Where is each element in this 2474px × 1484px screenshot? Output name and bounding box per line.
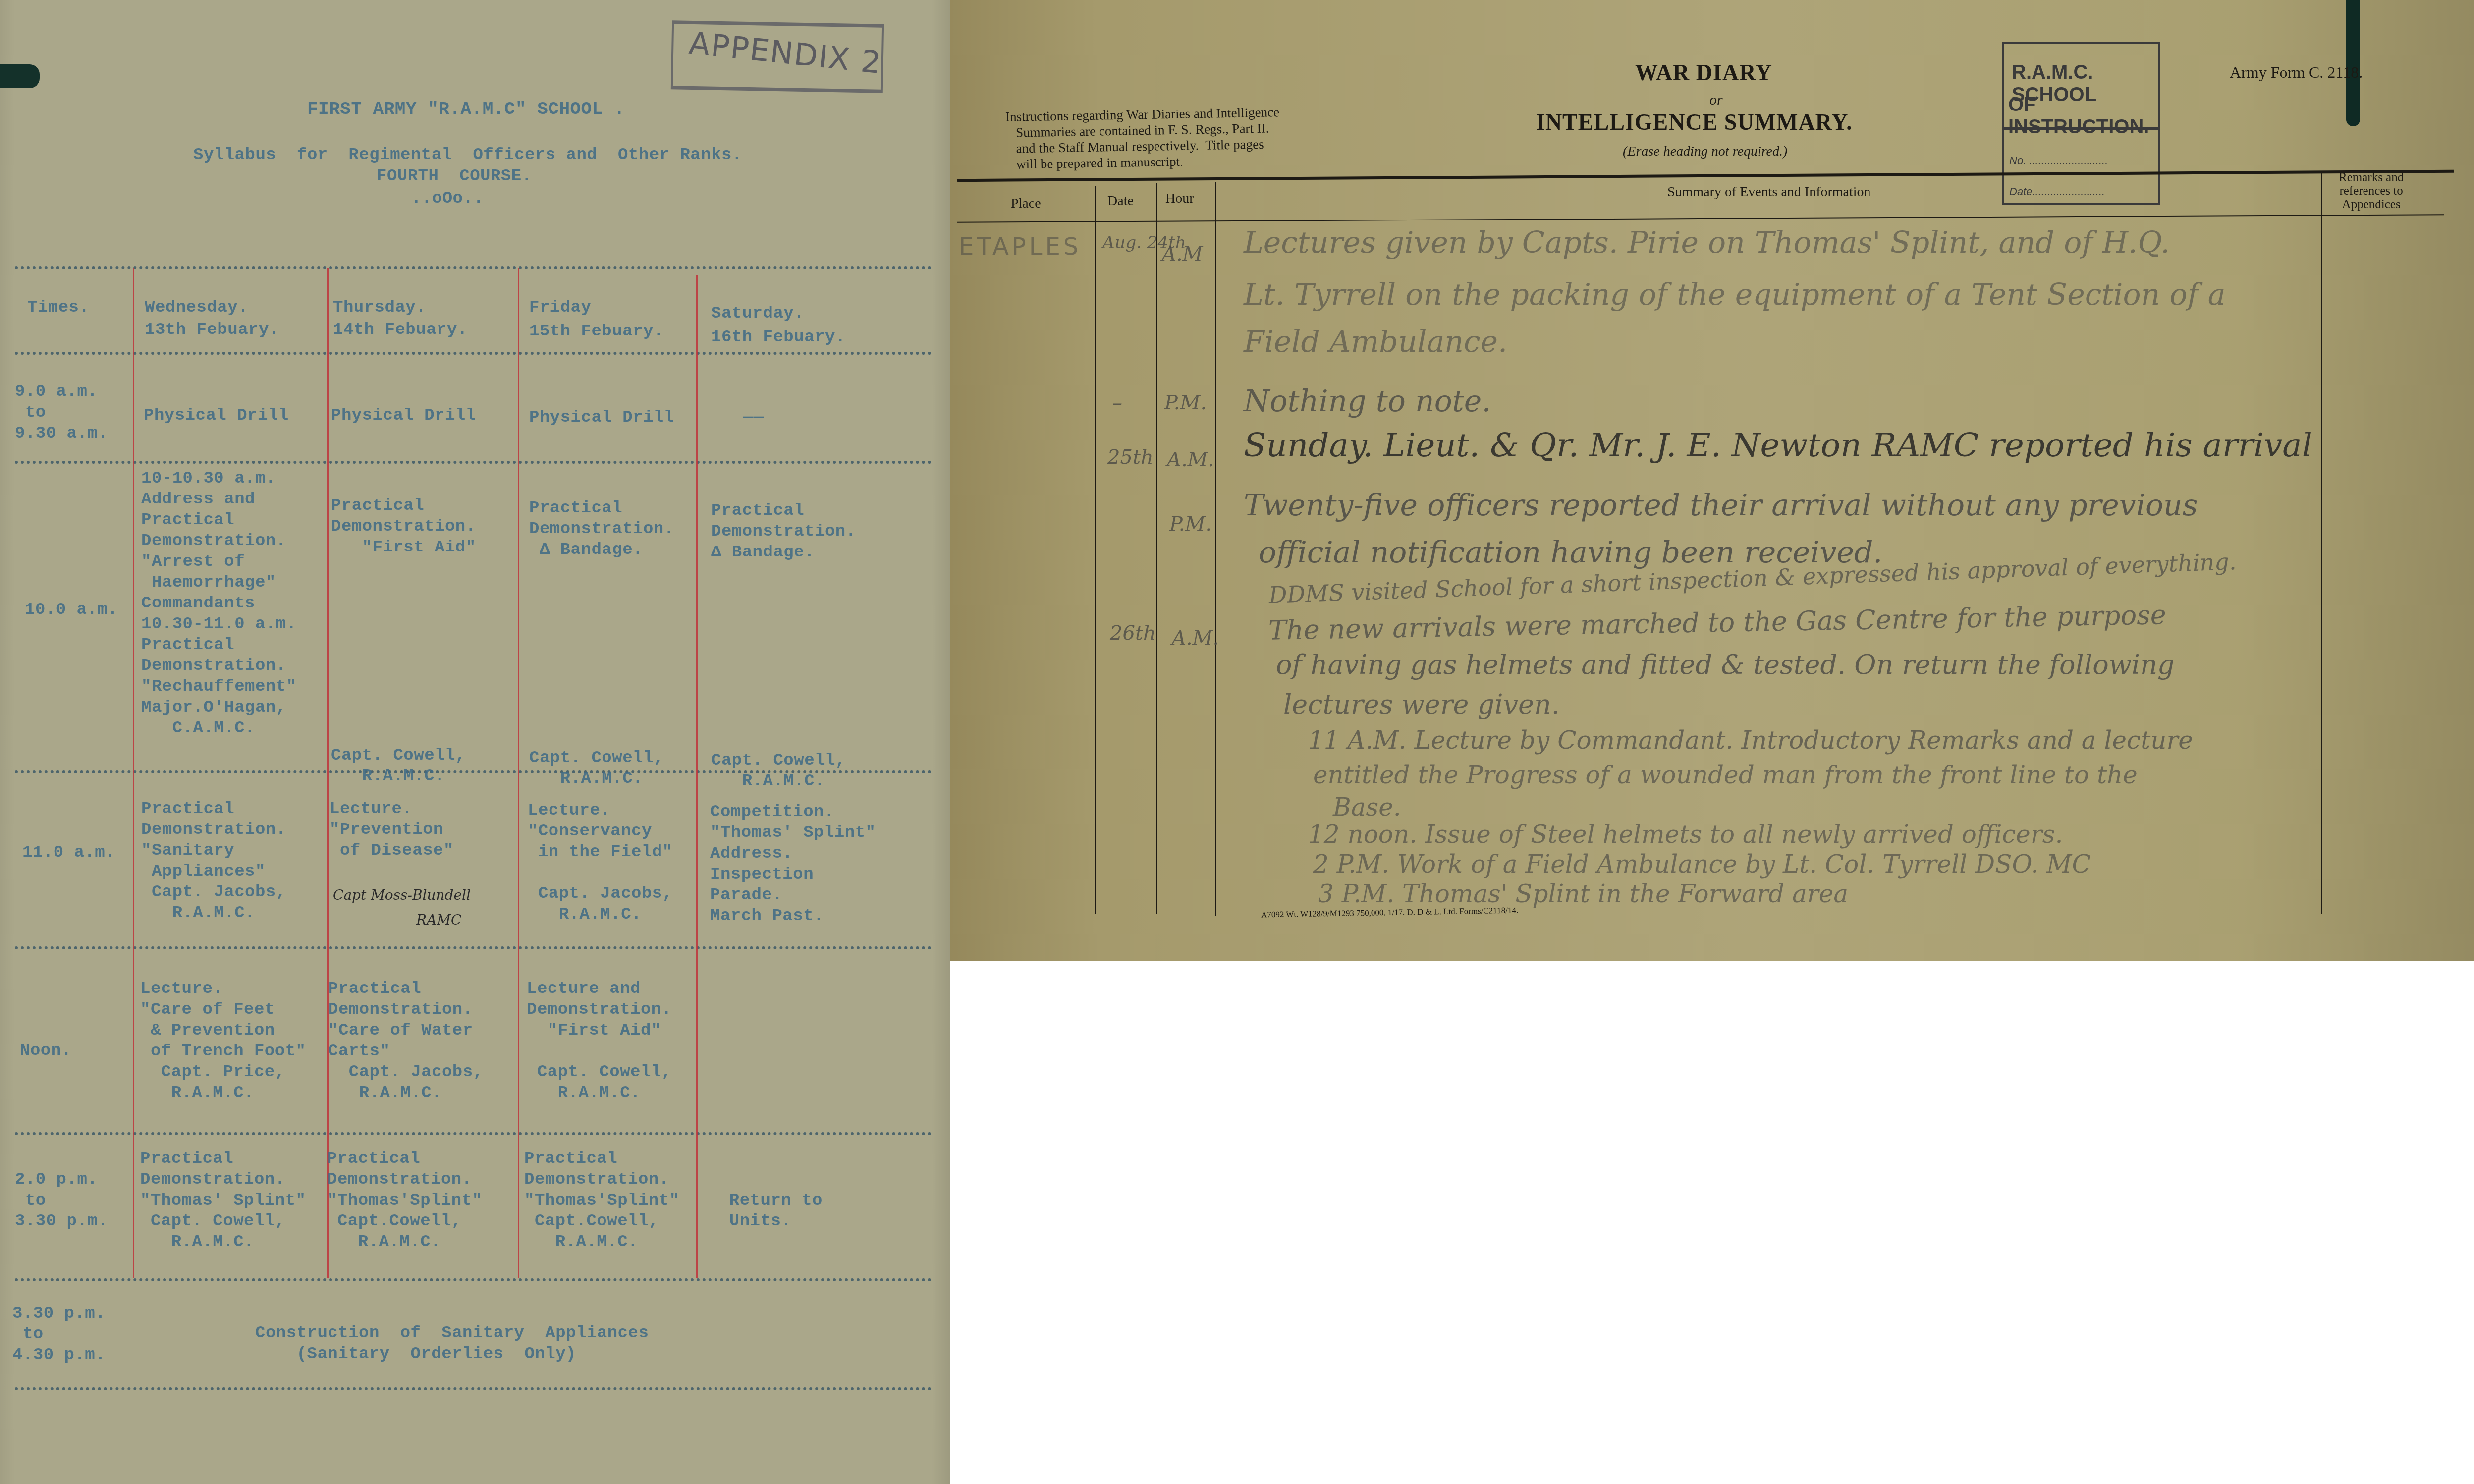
entry-text: Base. [1333, 793, 1401, 822]
entry-text: Sunday. Lieut. & Qr. Mr. J. E. Newton RA… [1244, 426, 2312, 464]
entry-text: entitled the Progress of a wounded man f… [1313, 761, 2138, 789]
cell-thu: Practical Demonstration. "Thomas'Splint"… [327, 1149, 483, 1253]
entry-hour: P.M. [1164, 391, 1207, 414]
entry-hour: A.M. [1172, 627, 1219, 650]
binding-cord [0, 64, 40, 88]
syllabus-title: FIRST ARMY "R.A.M.C" SCHOOL . [307, 99, 625, 120]
diary-title-intelligence-summary: INTELLIGENCE SUMMARY. [1536, 109, 1853, 135]
row-divider [15, 352, 932, 355]
cell-sat: —— [743, 407, 764, 428]
stamp-divider [2004, 127, 2158, 130]
diary-title-or: or [1709, 92, 1723, 109]
army-form-number: Army Form C. 2118. [2230, 63, 2363, 82]
col-header-wednesday-date: 13th Febuary. [145, 320, 279, 340]
row-divider [15, 1278, 932, 1281]
entry-text: Lt. Tyrrell on the packing of the equipm… [1244, 277, 2226, 312]
entry-hour: A.M. [1167, 448, 1214, 471]
entry-text: 11 A.M. Lecture by Commandant. Introduct… [1308, 726, 2193, 755]
col-header-summary: Summary of Events and Information [1667, 184, 1871, 200]
stamp-date-field: Date........................ [2009, 185, 2105, 198]
cell-wed: 10-10.30 a.m. Address and Practical Demo… [141, 468, 297, 739]
entry-text: of having gas helmets and fitted & teste… [1276, 649, 2174, 680]
row-divider [15, 266, 932, 269]
entry-hour: A.M [1162, 243, 1203, 266]
diary-erase-note: (Erase heading not required.) [1623, 144, 1787, 160]
entry-hour: P.M. [1169, 513, 1211, 536]
handwritten-corps: RAMC [416, 912, 461, 928]
entry-text: 2 P.M. Work of a Field Ambulance by Lt. … [1313, 850, 2091, 879]
cell-thu: Physical Drill [331, 405, 476, 426]
cell-fri: Lecture. "Conservancy in the Field" Capt… [528, 800, 673, 925]
column-rule-summary-remarks [2321, 171, 2322, 914]
stamp-date-label: Date [2009, 185, 2032, 198]
entry-text: Nothing to note. [1244, 384, 1491, 419]
cell-wed: Practical Demonstration. "Thomas' Splint… [140, 1149, 306, 1253]
cell-wed: Physical Drill [144, 405, 289, 426]
column-rule-date-hour [1156, 183, 1157, 914]
cell-fri: Physical Drill [529, 407, 674, 428]
col-header-date: Date [1107, 193, 1134, 209]
cell-wed: Lecture. "Care of Feet & Prevention of T… [140, 979, 306, 1103]
entry-date: 26th [1110, 622, 1156, 645]
entry-text: 12 noon. Issue of Steel helmets to all n… [1308, 820, 2063, 849]
syllabus-page: APPENDIX 2 FIRST ARMY "R.A.M.C" SCHOOL .… [0, 0, 950, 1484]
row-divider [15, 1387, 932, 1390]
time-cell: 9.0 a.m. to 9.30 a.m. [15, 382, 108, 444]
entry-text: Field Ambulance. [1244, 325, 1507, 359]
time-cell: 10.0 a.m. [25, 600, 118, 620]
row-divider [15, 946, 932, 949]
cell-sat: Return to Units. [709, 1149, 823, 1232]
entry-date: – [1112, 391, 1122, 414]
col-header-place: Place [1011, 196, 1041, 212]
time-cell: Noon. [20, 1041, 72, 1061]
cell-thu: Lecture. "Prevention of Disease" [330, 799, 454, 861]
diary-title-war-diary: WAR DIARY [1635, 59, 1772, 86]
col-header-thursday: Thursday. [333, 297, 426, 318]
handwritten-lecturer: Capt Moss-Blundell [333, 887, 471, 903]
entry-text: 3 P.M. Thomas' Splint in the Forward are… [1318, 879, 1848, 908]
col-header-saturday: Saturday. [711, 303, 804, 324]
column-rule-hour-summary [1215, 182, 1216, 916]
entry-text: Twenty-five officers reported their arri… [1244, 488, 2198, 523]
entry-date: 25th [1107, 446, 1154, 469]
cell-sat: Practical Demonstration. Δ Bandage. Capt… [711, 500, 856, 792]
col-header-friday: Friday [529, 297, 591, 318]
col-header-remarks: Remarks and references to Appendices [2339, 171, 2404, 211]
entry-text: Lectures given by Capts. Pirie on Thomas… [1244, 225, 2170, 260]
column-rule [518, 268, 519, 1278]
time-cell: 11.0 a.m. [22, 842, 115, 863]
row-divider [15, 461, 932, 464]
entry-place: ETAPLES [959, 233, 1081, 261]
row-divider [15, 1132, 932, 1135]
col-header-hour: Hour [1165, 191, 1194, 207]
diary-instructions: Instructions regarding War Diaries and I… [1005, 104, 1280, 172]
stamp-line-2: OF INSTRUCTION. [2008, 94, 2158, 138]
cell-thu: Practical Demonstration. "Care of Water … [328, 979, 484, 1103]
syllabus-subtitle: Syllabus for Regimental Officers and Oth… [193, 145, 742, 165]
column-rule [133, 268, 134, 1278]
syllabus-ornament: ..oOo.. [411, 188, 484, 209]
cell-fri: Practical Demonstration. Δ Bandage. Capt… [529, 498, 674, 789]
col-header-thursday-date: 14th Febuary. [333, 320, 468, 340]
stamp-no-field: No. .......................... [2009, 154, 2108, 167]
spanning-cell: Construction of Sanitary Appliances (San… [255, 1323, 649, 1365]
column-rule [696, 275, 698, 1278]
col-header-times: Times. [27, 297, 89, 318]
cell-fri: Practical Demonstration. "Thomas'Splint"… [524, 1149, 680, 1253]
col-header-friday-date: 15th Febuary. [529, 321, 664, 342]
cell-wed: Practical Demonstration. "Sanitary Appli… [141, 799, 286, 924]
rams-school-stamp: R.A.M.C. SCHOOL OF INSTRUCTION. No. ....… [2002, 42, 2160, 205]
cell-thu: Practical Demonstration. "First Aid" Cap… [331, 495, 476, 787]
entry-text: lectures were given. [1283, 689, 1560, 720]
stamp-no-label: No. [2009, 154, 2026, 166]
column-rule [327, 268, 329, 1278]
column-rule-place-date [1095, 186, 1096, 914]
time-cell: 2.0 p.m. to 3.30 p.m. [15, 1169, 108, 1232]
cell-sat: Competition. "Thomas' Splint" Address. I… [710, 802, 876, 927]
cell-fri: Lecture and Demonstration. "First Aid" C… [527, 979, 672, 1103]
col-header-wednesday: Wednesday. [145, 297, 248, 318]
syllabus-course: FOURTH COURSE. [377, 166, 532, 187]
time-cell: 3.30 p.m. to 4.30 p.m. [12, 1303, 106, 1366]
col-header-saturday-date: 16th Febuary. [711, 327, 846, 348]
